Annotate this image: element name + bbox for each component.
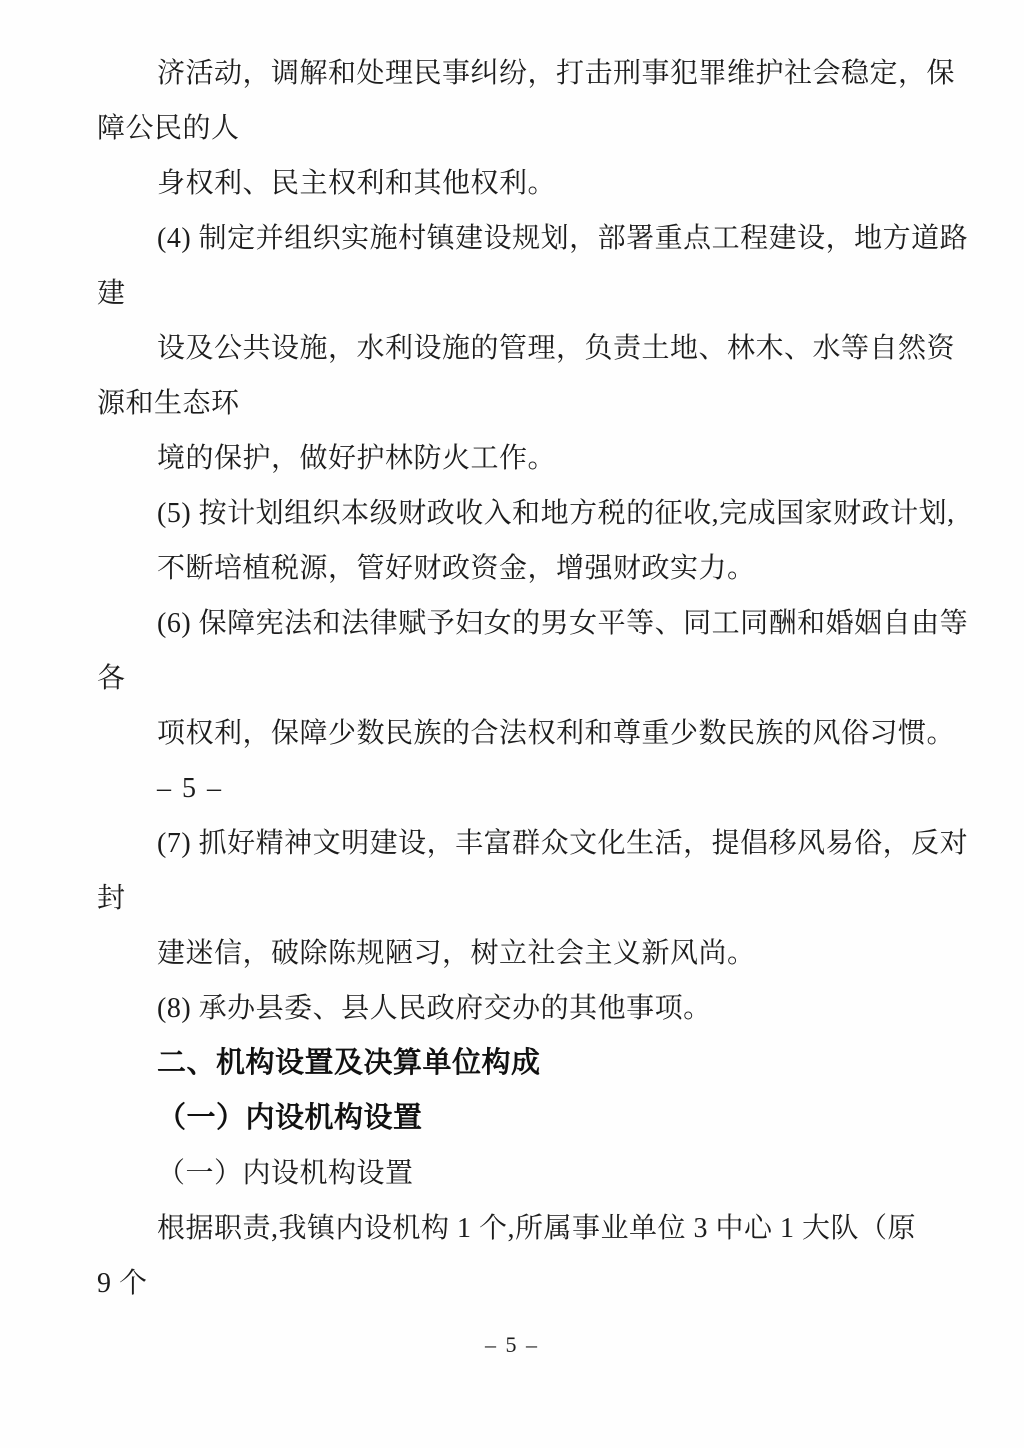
- paragraph-line: 根据职责,我镇内设机构 1 个,所属事业单位 3 中心 1 大队（原: [97, 1201, 936, 1256]
- section-heading: 二、机构设置及决算单位构成: [97, 1036, 936, 1091]
- document-page: 济活动，调解和处理民事纠纷，打击刑事犯罪维护社会稳定，保 障公民的人 身权利、民…: [0, 0, 1024, 1448]
- paragraph-line: 建: [97, 266, 936, 321]
- paragraph-line: 9 个: [97, 1256, 936, 1311]
- paragraph-line: 身权利、民主权利和其他权利。: [97, 156, 936, 211]
- paragraph-line: 项权利，保障少数民族的合法权利和尊重少数民族的风俗习惯。: [97, 706, 936, 761]
- inline-page-number: – 5 –: [97, 761, 936, 816]
- subsection-heading: （一）内设机构设置: [97, 1091, 936, 1146]
- paragraph-line: 不断培植税源，管好财政资金，增强财政实力。: [97, 541, 936, 596]
- list-item-8-line: (8) 承办县委、县人民政府交办的其他事项。: [97, 981, 936, 1036]
- paragraph-line: 封: [97, 871, 936, 926]
- list-item-4-line: (4) 制定并组织实施村镇建设规划，部署重点工程建设，地方道路: [97, 211, 936, 266]
- paragraph-line: 设及公共设施，水利设施的管理，负责土地、林木、水等自然资: [97, 321, 936, 376]
- list-item-6-line: (6) 保障宪法和法律赋予妇女的男女平等、同工同酬和婚姻自由等: [97, 596, 936, 651]
- list-item-7-line: (7) 抓好精神文明建设，丰富群众文化生活，提倡移风易俗，反对: [97, 816, 936, 871]
- paragraph-line: 各: [97, 651, 936, 706]
- list-item-5-line: (5) 按计划组织本级财政收入和地方税的征收,完成国家财政计划,: [97, 486, 936, 541]
- paragraph-line: 济活动，调解和处理民事纠纷，打击刑事犯罪维护社会稳定，保: [97, 46, 936, 101]
- paragraph-line: 境的保护，做好护林防火工作。: [97, 431, 936, 486]
- paragraph-line: 障公民的人: [97, 101, 936, 156]
- paragraph-line: 源和生态环: [97, 376, 936, 431]
- subsection-heading-repeat: （一）内设机构设置: [97, 1146, 936, 1201]
- paragraph-line: 建迷信，破除陈规陋习，树立社会主义新风尚。: [97, 926, 936, 981]
- page-number-footer: – 5 –: [0, 1332, 1024, 1358]
- document-body: 济活动，调解和处理民事纠纷，打击刑事犯罪维护社会稳定，保 障公民的人 身权利、民…: [97, 46, 936, 1311]
